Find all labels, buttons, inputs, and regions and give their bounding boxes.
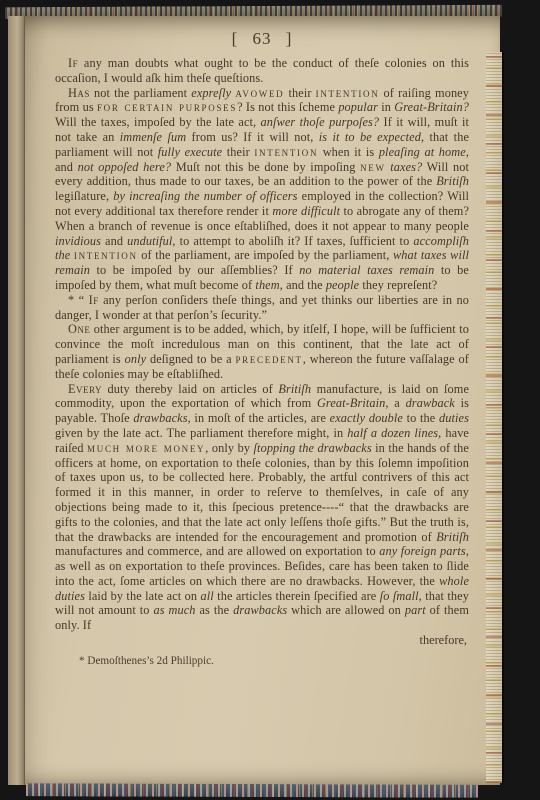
text-run-sc: new <box>360 160 386 174</box>
text-run-n: , in moſt of the articles, are <box>188 411 330 425</box>
text-run-i: by increaſing the number of officers <box>113 189 297 203</box>
text-run-i: ſtopping the drawbacks <box>254 441 372 455</box>
footnote: * Demoſthenes’s 2d Philippic. <box>55 655 469 667</box>
text-run-n: manufactures and commerce, and are allow… <box>55 544 379 558</box>
text-run-n: * “ <box>68 293 89 307</box>
text-run-i: Britiſh <box>278 382 311 396</box>
photo-background: [ 63 ] If any man doubts what ought to b… <box>0 0 540 800</box>
text-run-sc: much more money <box>87 441 205 455</box>
text-run-lead: If <box>89 293 99 307</box>
text-run-n: when it is <box>318 145 379 159</box>
text-run-i: only <box>125 352 147 366</box>
text-run-n: to the <box>403 411 439 425</box>
text-run-lead: One <box>68 322 90 336</box>
text-run-sc: avowed <box>235 86 284 100</box>
text-run-i: not oppoſed here? <box>78 160 172 174</box>
text-run-sc: intention <box>254 145 318 159</box>
page-number: [ 63 ] <box>55 29 469 49</box>
text-run-n: , a <box>385 396 405 410</box>
book-page: [ 63 ] If any man doubts what ought to b… <box>8 16 500 785</box>
text-run-lead: Every <box>68 382 102 396</box>
text-run-i: part <box>405 603 426 617</box>
page-body: If any man doubts what ought to be the c… <box>55 56 469 633</box>
text-run-i: duties <box>439 411 469 425</box>
text-run-i: expreſly <box>191 86 235 100</box>
text-run-i: exactly double <box>330 411 403 425</box>
text-run-i: taxes? <box>390 160 422 174</box>
text-run-i: undutiful <box>127 234 172 248</box>
text-run-n: from us? If it will not, <box>186 130 319 144</box>
text-run-n: and <box>101 234 127 248</box>
text-run-i: Great-Britain <box>317 396 385 410</box>
text-run-i: drawbacks <box>133 411 187 425</box>
text-run-i: Britiſh <box>436 530 469 544</box>
text-run-n: any perſon conſiders theſe things, and y… <box>55 293 469 322</box>
text-run-n: deſigned to be a <box>146 352 235 366</box>
text-run-n: their <box>222 145 254 159</box>
text-run-i: half a dozen lines <box>347 426 438 440</box>
catchword: therefore, <box>55 633 469 648</box>
text-run-i: immenſe ſum <box>120 130 186 144</box>
text-run-i: drawbacks <box>233 603 287 617</box>
text-run-i: drawback <box>406 396 455 410</box>
text-run-n: they repreſent? <box>359 278 437 292</box>
text-run-n: as the <box>196 603 234 617</box>
text-run-n: , to attempt to aboliſh it? If taxes, ſu… <box>172 234 413 248</box>
text-run-n: , and the <box>280 278 326 292</box>
text-run-n: any man doubts what ought to be the cond… <box>55 56 469 85</box>
text-run-n: ? Is not this ſcheme <box>237 100 338 114</box>
text-run-i: pleaſing at home <box>379 145 466 159</box>
text-run-i: popular <box>338 100 378 114</box>
text-run-n: in the hands of the officers at home, on… <box>55 441 469 544</box>
text-run-i: more difficult <box>272 204 340 218</box>
text-run-i: anſwer thoſe purpoſes? <box>261 115 380 129</box>
text-run-n: in <box>378 100 394 114</box>
text-run-n: Muſt not this be done by impoſing <box>171 160 360 174</box>
text-run-n: of the parliament, are impoſed by the pa… <box>138 248 393 262</box>
text-run-i: Great-Britain? <box>394 100 469 114</box>
text-run-sc: intention <box>74 248 138 262</box>
text-run-n: , only by <box>205 441 253 455</box>
book-fore-edge <box>486 52 502 783</box>
book-bottom-marbled-edge <box>26 783 478 798</box>
text-run-i: invidious <box>55 234 101 248</box>
text-run-i: as much <box>153 603 195 617</box>
text-run-lead: If <box>68 56 78 70</box>
text-run-i: fully execute <box>158 145 222 159</box>
text-run-n: given by the late act. The parliament th… <box>55 426 347 440</box>
text-run-n: duty thereby laid on articles of <box>102 382 278 396</box>
text-run-n: not the parliament <box>90 86 191 100</box>
text-run-i: Britiſh <box>436 174 469 188</box>
text-run-sc: intention <box>316 86 380 100</box>
text-run-i: is it to be expected <box>319 130 421 144</box>
text-run-n: their <box>284 86 315 100</box>
text-run-i: any foreign parts <box>379 544 466 558</box>
paragraph: * “ If any perſon conſiders theſe things… <box>55 293 469 323</box>
text-run-i: all <box>201 589 214 603</box>
text-run-i: ſo ſmall <box>380 589 419 603</box>
text-run-sc: for certain purposes <box>97 100 237 114</box>
text-run-sc: precedent <box>235 352 302 366</box>
paragraph: If any man doubts what ought to be the c… <box>55 56 469 86</box>
text-run-n: to be impoſed by our aſſemblies? If <box>90 263 299 277</box>
page-content: [ 63 ] If any man doubts what ought to b… <box>55 29 469 667</box>
text-run-n: the articles therein ſpecified are <box>214 589 380 603</box>
text-run-n: which are allowed on <box>287 603 405 617</box>
text-run-n: Will the taxes, impoſed by the late act, <box>55 115 261 129</box>
text-run-i: them <box>255 278 279 292</box>
page-gutter-shadow <box>8 16 25 785</box>
text-run-n: laid by the late act on <box>85 589 201 603</box>
text-run-n: legiſlature, <box>55 189 113 203</box>
paragraph: Every duty thereby laid on articles of B… <box>55 382 469 634</box>
text-run-lead: Has <box>68 86 90 100</box>
text-run-i: no material taxes remain <box>299 263 434 277</box>
paragraph: One other argument is to be added, which… <box>55 322 469 381</box>
paragraph: Has not the parliament expreſly avowed t… <box>55 86 469 293</box>
text-run-i: people <box>326 278 359 292</box>
